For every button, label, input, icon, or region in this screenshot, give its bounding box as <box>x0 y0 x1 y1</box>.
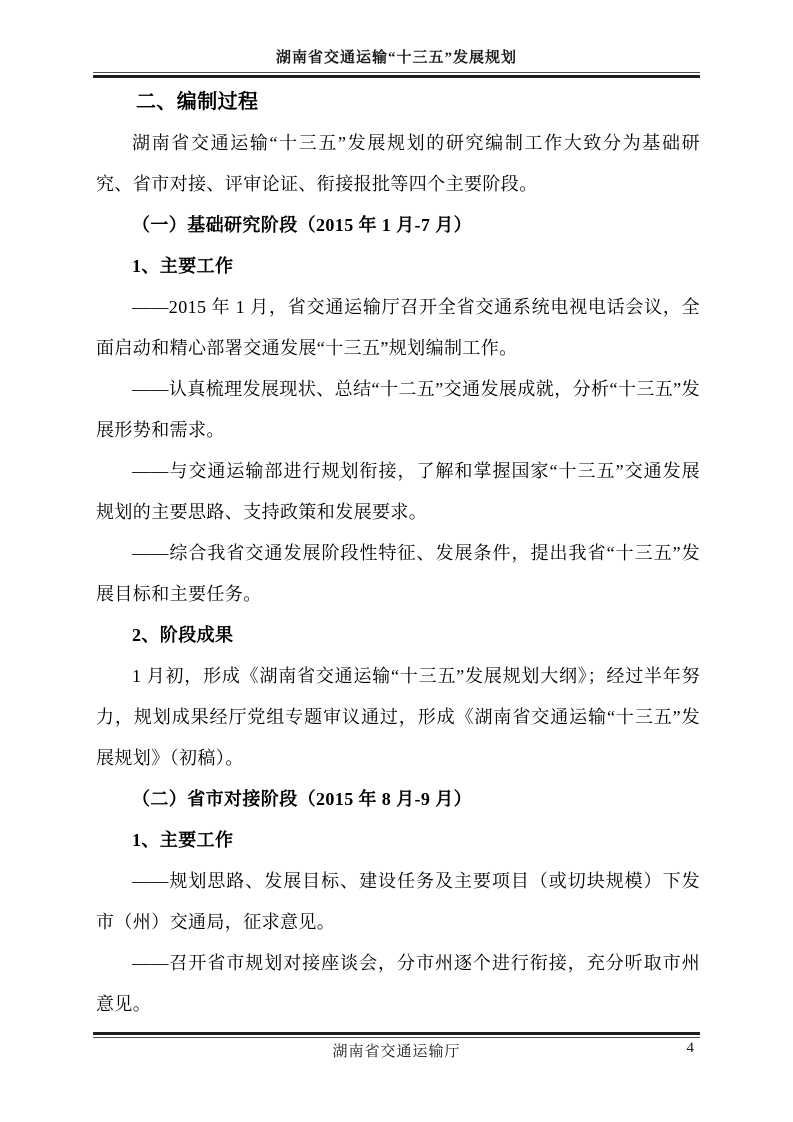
document-page: 湖南省交通运输“十三五”发展规划 二、编制过程湖南省交通运输“十三五”发展规划的… <box>0 0 793 1122</box>
page-number: 4 <box>687 1040 695 1057</box>
paragraph: ——2015 年 1 月，省交通运输厅召开全省交通系统电视电话会议，全面启动和精… <box>96 287 700 369</box>
paragraph: ——与交通运输部进行规划衔接，了解和掌握国家“十三五”交通发展规划的主要思路、支… <box>96 451 700 533</box>
section-heading: （一）基础研究阶段（2015 年 1 月-7 月） <box>96 205 700 246</box>
paragraph: ——召开省市规划对接座谈会，分市州逐个进行衔接，充分听取市州意见。 <box>96 943 700 1025</box>
page-footer: 湖南省交通运输厅 4 <box>93 1040 700 1061</box>
footer-organization: 湖南省交通运输厅 <box>93 1040 700 1061</box>
page-header: 湖南省交通运输“十三五”发展规划 <box>93 46 700 78</box>
header-title: 湖南省交通运输“十三五”发展规划 <box>93 46 700 67</box>
section-heading: 二、编制过程 <box>96 82 700 123</box>
paragraph: 湖南省交通运输“十三五”发展规划的研究编制工作大致分为基础研究、省市对接、评审论… <box>96 123 700 205</box>
section-heading: （二）省市对接阶段（2015 年 8 月-9 月） <box>96 779 700 820</box>
document-body: 二、编制过程湖南省交通运输“十三五”发展规划的研究编制工作大致分为基础研究、省市… <box>96 82 700 1025</box>
section-heading: 1、主要工作 <box>96 246 700 287</box>
paragraph: ——规划思路、发展目标、建设任务及主要项目（或切块规模）下发市（州）交通局，征求… <box>96 861 700 943</box>
section-heading: 2、阶段成果 <box>96 615 700 656</box>
paragraph: 1 月初，形成《湖南省交通运输“十三五”发展规划大纲》；经过半年努力，规划成果经… <box>96 656 700 779</box>
paragraph: ——综合我省交通发展阶段性特征、发展条件，提出我省“十三五”发展目标和主要任务。 <box>96 533 700 615</box>
section-heading: 1、主要工作 <box>96 820 700 861</box>
header-rule <box>93 72 700 78</box>
paragraph: ——认真梳理发展现状、总结“十二五”交通发展成就，分析“十三五”发展形势和需求。 <box>96 369 700 451</box>
footer-rule <box>93 1032 700 1038</box>
